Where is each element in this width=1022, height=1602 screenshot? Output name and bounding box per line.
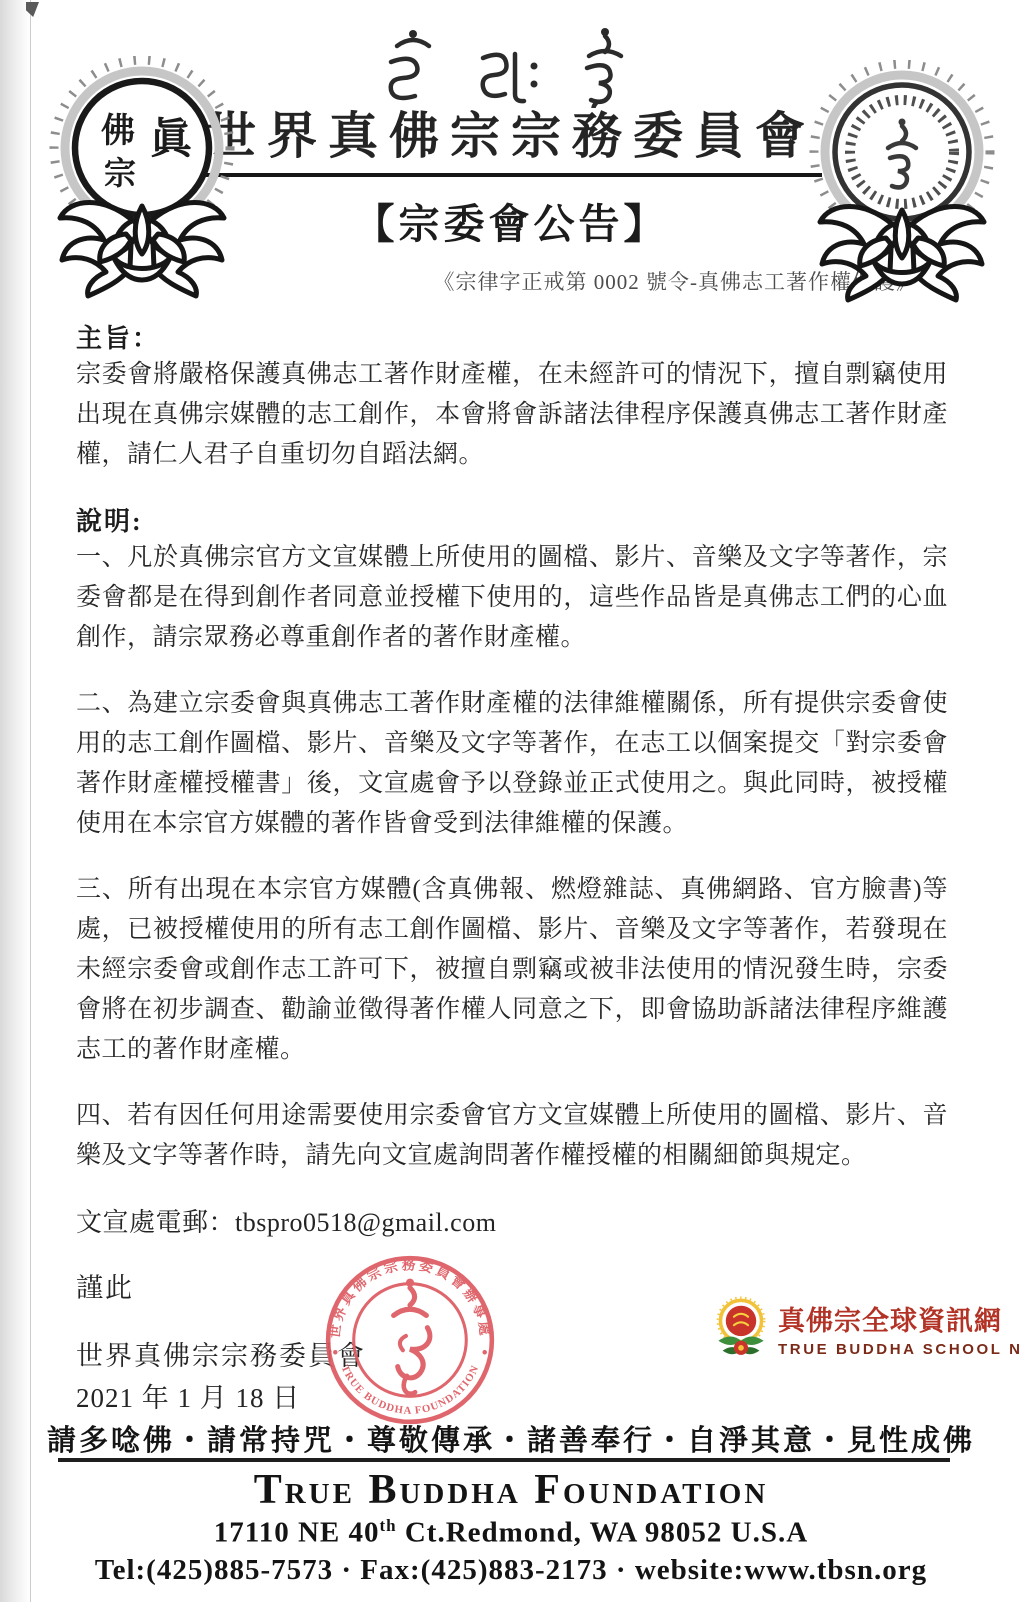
subject-label: 主旨： (76, 318, 948, 355)
motto-line: 請多唸佛・請常持咒・尊敬傳承・諸善奉行・自淨其意・見性成佛 (0, 1418, 1022, 1459)
tbsn-emblem-icon (712, 1294, 770, 1362)
address-ordinal: th (379, 1516, 396, 1535)
explanation-item-2: 二、為建立宗委會與真佛志工著作財產權的法律維權關係，所有提供宗委會使用的志工創作… (76, 684, 948, 844)
lotus-base (60, 203, 224, 297)
tbsn-title-en: TRUE BUDDHA SCHOOL NET (778, 1341, 1022, 1358)
explanation-item-3: 三、所有出現在本宗官方媒體(含真佛報、燃燈雜誌、真佛網路、官方臉書)等處，已被授… (76, 870, 948, 1070)
announcement-document: 佛 眞 宗 (0, 0, 1022, 1602)
subject-text: 宗委會將嚴格保護真佛志工著作財產權，在未經許可的情況下，擅自剽竊使用出現在真佛宗… (76, 355, 948, 475)
pr-office-email: 文宣處電郵：tbspro0518@gmail.com (76, 1202, 948, 1239)
svg-text:TRUE BUDDHA FOUNDATION: TRUE BUDDHA FOUNDATION (339, 1363, 482, 1417)
emblem-char: 宗 (104, 155, 136, 191)
left-lotus-emblem-icon: 佛 眞 宗 (34, 56, 250, 304)
foundation-name-en: True Buddha Foundation (0, 1466, 1022, 1514)
foundation-contact: Tel:(425)885-7573 · Fax:(425)883-2173 · … (0, 1554, 1022, 1587)
page-title: 世界真佛宗宗務委員會 (200, 108, 822, 177)
address-part: Ct.Redmond, WA 98052 U.S.A (397, 1517, 809, 1549)
emblem-char: 眞 (150, 116, 194, 163)
seal-ring-text-zh: 世界真佛宗宗務委員會辦事處 (327, 1256, 494, 1339)
document-body: 主旨： 宗委會將嚴格保護真佛志工著作財產權，在未經許可的情況下，擅自剽竊使用出現… (76, 318, 948, 1239)
scan-edge-artifact (0, 0, 31, 1602)
right-lotus-emblem-icon (794, 60, 1010, 308)
foundation-address: 17110 NE 40th Ct.Redmond, WA 98052 U.S.A (0, 1516, 1022, 1550)
seal-ring-text-en: TRUE BUDDHA FOUNDATION (339, 1363, 482, 1417)
closing-text: 謹此 (76, 1266, 134, 1305)
seal-hum-icon (394, 1279, 430, 1394)
address-part: 17110 NE 40 (214, 1517, 380, 1549)
footer-divider (58, 1458, 950, 1462)
emblem-char: 佛 (101, 111, 135, 150)
explanation-item-1: 一、凡於真佛宗官方文宣媒體上所使用的圖檔、影片、音樂及文字等著作，宗委會都是在得… (76, 538, 948, 658)
om-ah-hum-seed-syllables-icon (351, 24, 671, 108)
issue-date: 2021 年 1 月 18 日 (76, 1376, 300, 1415)
explanation-item-4: 四、若有因任何用途需要使用宗委會官方文宣媒體上所使用的圖檔、影片、音樂及文字等著… (76, 1096, 948, 1176)
explanation-label: 說明: (76, 501, 948, 538)
tbsn-title-zh: 真佛宗全球資訊網 (778, 1299, 1022, 1338)
svg-text:世界真佛宗宗務委員會辦事處: 世界真佛宗宗務委員會辦事處 (327, 1256, 494, 1339)
lotus-base (820, 207, 984, 301)
tbsn-logo: 真佛宗全球資訊網 TRUE BUDDHA SCHOOL NET (712, 1294, 1022, 1362)
foundation-seal-stamp: 世界真佛宗宗務委員會辦事處 TRUE BUDDHA FOUNDATION (322, 1252, 498, 1428)
